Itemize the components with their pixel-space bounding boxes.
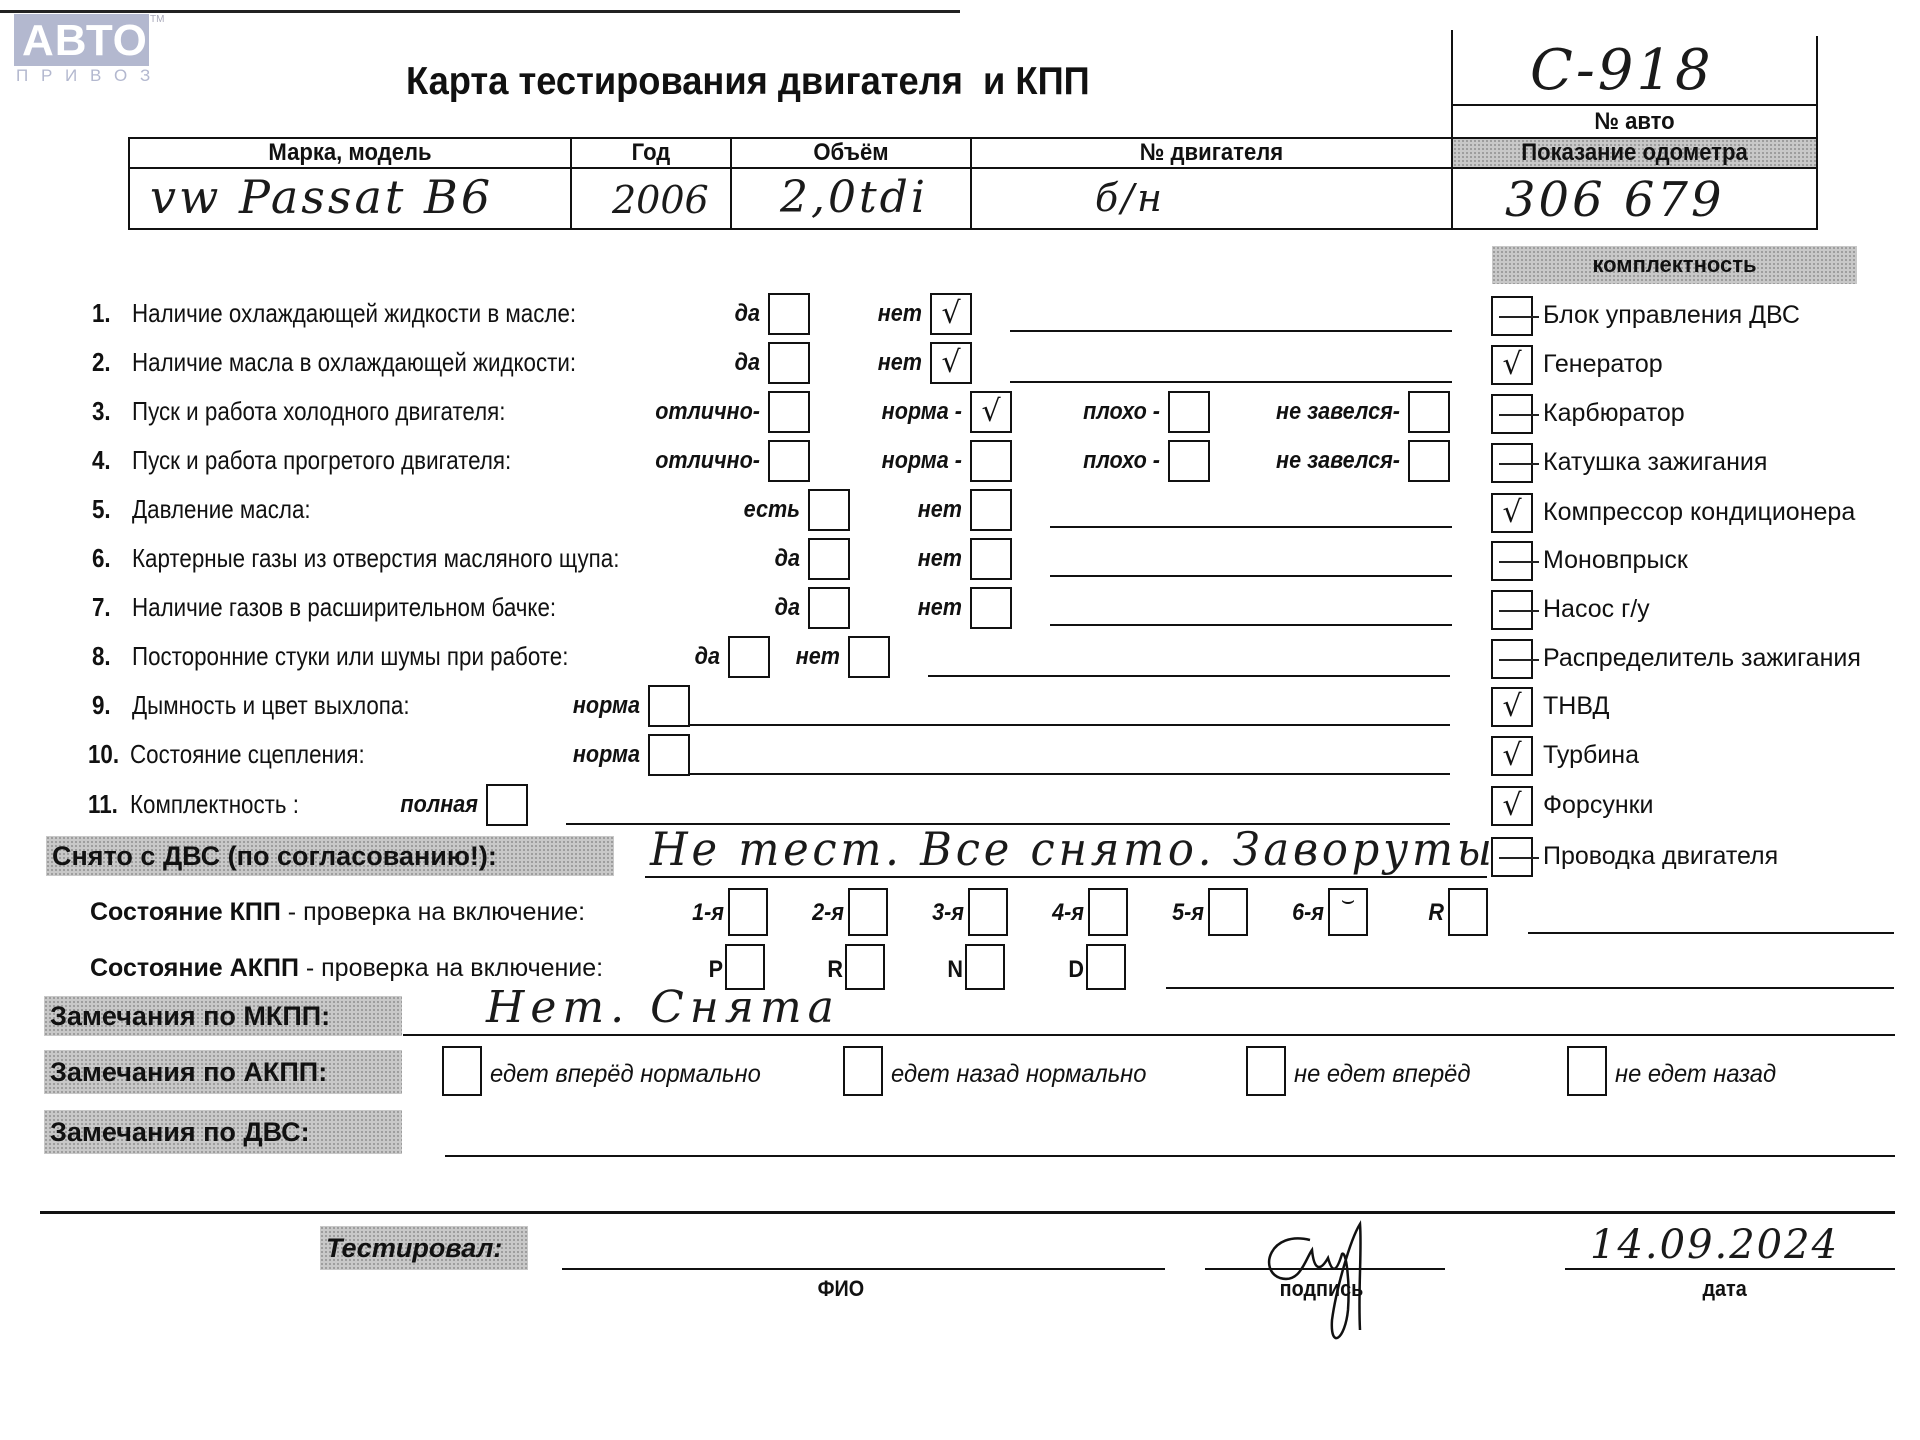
- notes-line: [1050, 575, 1452, 577]
- remark-checkbox[interactable]: [843, 1046, 883, 1096]
- completeness-item-label: Насос г/у: [1543, 595, 1650, 624]
- notes-line: [1050, 624, 1452, 626]
- odometer-value: 306 679: [1505, 172, 1725, 228]
- engine-number-value: б/н: [1095, 176, 1165, 220]
- check-number: 10.: [88, 739, 119, 770]
- date-value: 14.09.2024: [1590, 1222, 1839, 1268]
- dash-mark-icon: [1499, 316, 1539, 318]
- check-number: 8.: [92, 641, 111, 672]
- logo-tm: TM: [150, 14, 164, 25]
- option-label: нет: [742, 300, 922, 328]
- gear-label: D: [906, 956, 1084, 984]
- remarks-mkpp-line: [403, 1034, 1895, 1036]
- remarks-akpp-label: Замечания по АКПП:: [44, 1050, 402, 1094]
- notes-line: [688, 773, 1450, 775]
- checkmark-icon: √: [1493, 738, 1531, 774]
- check-number: 7.: [92, 592, 111, 623]
- page-title: Карта тестирования двигателя и КПП: [406, 60, 1090, 104]
- remark-option-label: едет вперёд нормально: [490, 1060, 761, 1089]
- col-header-year: Год: [578, 139, 723, 167]
- option-checkbox[interactable]: [970, 538, 1012, 580]
- remarks-dvs-line: [445, 1155, 1895, 1157]
- notes-line: [688, 724, 1450, 726]
- completeness-checkbox[interactable]: [1491, 639, 1533, 679]
- completeness-item-label: Катушка зажигания: [1543, 448, 1767, 477]
- remark-option-label: не едет вперёд: [1294, 1060, 1470, 1089]
- col-header-volume: Объём: [742, 139, 961, 167]
- odometer-label: Показание одометра: [1468, 139, 1802, 167]
- remark-option-label: едет назад нормально: [891, 1060, 1146, 1089]
- option-label: да: [580, 349, 760, 377]
- check-label: Пуск и работа холодного двигателя:: [132, 396, 505, 427]
- completeness-checkbox[interactable]: [1491, 443, 1533, 483]
- notes-line: [1010, 330, 1452, 332]
- checkmark-icon: √: [1493, 689, 1531, 725]
- fio-line: [562, 1268, 1165, 1270]
- check-number: 3.: [92, 396, 111, 427]
- akpp-label: Состояние АКПП - проверка на включение:: [90, 954, 603, 983]
- year-value: 2006: [612, 178, 709, 222]
- option-label: норма -: [782, 447, 962, 475]
- completeness-checkbox[interactable]: √: [1491, 493, 1533, 533]
- col-header-make: Марка, модель: [148, 139, 553, 167]
- kpp-label-bold: Состояние КПП: [90, 898, 281, 926]
- check-number: 6.: [92, 543, 111, 574]
- option-label: нет: [782, 496, 962, 524]
- logo-brand: АВТО: [22, 16, 148, 66]
- option-checkbox[interactable]: √: [930, 293, 972, 335]
- option-label: да: [620, 545, 800, 573]
- checkmark-icon: √: [932, 295, 970, 333]
- border: [128, 167, 1818, 169]
- check-label: Давление масла:: [132, 494, 311, 525]
- option-label: полная: [298, 791, 478, 819]
- option-checkbox[interactable]: [1168, 391, 1210, 433]
- remark-checkbox[interactable]: [1246, 1046, 1286, 1096]
- checkmark-icon: √: [932, 344, 970, 382]
- option-checkbox[interactable]: [848, 636, 890, 678]
- logo-subtitle: П Р И В О З: [16, 66, 154, 86]
- completeness-item-label: Блок управления ДВС: [1543, 301, 1800, 330]
- option-label: не завелся-: [1220, 398, 1400, 426]
- completeness-item-label: Компрессор кондиционера: [1543, 498, 1855, 527]
- date-line: [1565, 1268, 1895, 1270]
- option-checkbox[interactable]: [648, 685, 690, 727]
- dash-mark-icon: [1499, 463, 1539, 465]
- removed-line: [645, 876, 1487, 878]
- volume-value: 2,0tdi: [780, 172, 928, 223]
- option-checkbox[interactable]: √: [930, 342, 972, 384]
- kpp-line: [1528, 932, 1894, 934]
- check-number: 9.: [92, 690, 111, 721]
- completeness-checkbox[interactable]: √: [1491, 345, 1533, 385]
- option-label: нет: [782, 594, 962, 622]
- dash-mark-icon: [1499, 414, 1539, 416]
- gear-checkbox[interactable]: [1086, 944, 1126, 990]
- completeness-checkbox[interactable]: [1491, 541, 1533, 581]
- dash-mark-icon: [1499, 610, 1539, 612]
- completeness-item-label: Форсунки: [1543, 791, 1654, 820]
- option-checkbox[interactable]: [1408, 440, 1450, 482]
- option-label: да: [580, 300, 760, 328]
- option-label: плохо -: [980, 447, 1160, 475]
- completeness-checkbox[interactable]: [1491, 296, 1533, 336]
- checkmark-icon: √: [1493, 788, 1531, 824]
- completeness-item-label: Проводка двигателя: [1543, 842, 1778, 871]
- completeness-header: комплектность: [1492, 246, 1857, 284]
- option-label: отлично-: [580, 398, 760, 426]
- option-checkbox[interactable]: [648, 734, 690, 776]
- date-label: дата: [1702, 1276, 1746, 1302]
- option-checkbox[interactable]: [1168, 440, 1210, 482]
- dash-mark-icon: [1499, 659, 1539, 661]
- make-model-value: vw Passat B6: [150, 170, 493, 224]
- completeness-checkbox[interactable]: [1491, 837, 1533, 877]
- border: [730, 137, 732, 230]
- completeness-item-label: Карбюратор: [1543, 399, 1685, 428]
- check-number: 11.: [88, 789, 118, 820]
- notes-line: [1010, 381, 1452, 383]
- remark-option-label: не едет назад: [1615, 1060, 1776, 1089]
- check-number: 5.: [92, 494, 111, 525]
- check-number: 4.: [92, 445, 111, 476]
- option-label: не завелся-: [1220, 447, 1400, 475]
- option-checkbox[interactable]: [486, 784, 528, 826]
- remark-checkbox[interactable]: [1567, 1046, 1607, 1096]
- removed-value: Не тест. Все снято. Заворуты: [650, 822, 1496, 876]
- option-label: норма -: [782, 398, 962, 426]
- option-checkbox[interactable]: [970, 587, 1012, 629]
- option-checkbox[interactable]: [970, 489, 1012, 531]
- completeness-checkbox[interactable]: √: [1491, 687, 1533, 727]
- option-label: есть: [620, 496, 800, 524]
- check-number: 1.: [92, 298, 111, 329]
- divider: [40, 1211, 1895, 1214]
- check-label: Дымность и цвет выхлопа:: [132, 690, 410, 721]
- fio-label: ФИО: [818, 1276, 865, 1302]
- completeness-checkbox[interactable]: [1491, 590, 1533, 630]
- check-label: Наличие масла в охлаждающей жидкости:: [132, 347, 576, 378]
- check-label: Комплектность :: [130, 789, 299, 820]
- option-label: да: [620, 594, 800, 622]
- completeness-checkbox[interactable]: [1491, 394, 1533, 434]
- completeness-item-label: ТНВД: [1543, 692, 1609, 721]
- border: [570, 137, 572, 230]
- option-label: плохо -: [980, 398, 1160, 426]
- check-label: Картерные газы из отверстия масляного щу…: [132, 543, 619, 574]
- scan-edge-line: [0, 10, 960, 13]
- remarks-mkpp-value: Нет. Снята: [486, 982, 840, 1033]
- border: [970, 137, 972, 230]
- checkmark-icon: √: [1493, 495, 1531, 531]
- checkmark-icon: √: [1493, 347, 1531, 383]
- completeness-title: комплектность: [1492, 246, 1857, 284]
- car-number-value: C-918: [1530, 38, 1714, 103]
- option-label: норма: [460, 692, 640, 720]
- logo: АВТО: [14, 14, 149, 66]
- car-number-label: № авто: [1466, 108, 1804, 136]
- gear-checkbox[interactable]: [1448, 888, 1488, 936]
- check-label: Пуск и работа прогретого двигателя:: [132, 445, 511, 476]
- border: [1451, 104, 1818, 106]
- removed-label: Снято с ДВС (по согласованию!):: [46, 836, 614, 876]
- completeness-item-label: Турбина: [1543, 741, 1639, 770]
- check-label: Наличие охлаждающей жидкости в масле:: [132, 298, 576, 329]
- completeness-item-label: Генератор: [1543, 350, 1663, 379]
- completeness-item-label: Распределитель зажигания: [1543, 644, 1861, 673]
- check-label: Посторонние стуки или шумы при работе:: [132, 641, 568, 672]
- option-label: нет: [742, 349, 922, 377]
- check-label: Состояние сцепления:: [130, 739, 365, 770]
- akpp-label-bold: Состояние АКПП: [90, 954, 299, 982]
- kpp-label-rest: - проверка на включение:: [281, 898, 585, 926]
- remarks-dvs-label: Замечания по ДВС:: [44, 1110, 402, 1154]
- remarks-mkpp-label: Замечания по МКПП:: [44, 996, 402, 1036]
- notes-line: [1050, 526, 1452, 528]
- kpp-label: Состояние КПП - проверка на включение:: [90, 898, 585, 927]
- check-label: Наличие газов в расширительном бачке:: [132, 592, 556, 623]
- notes-line: [928, 675, 1450, 677]
- option-label: норма: [460, 741, 640, 769]
- completeness-checkbox[interactable]: √: [1491, 736, 1533, 776]
- check-number: 2.: [92, 347, 111, 378]
- option-label: отлично-: [580, 447, 760, 475]
- option-label: нет: [660, 643, 840, 671]
- option-label: нет: [782, 545, 962, 573]
- tested-by-label: Тестировал:: [320, 1226, 528, 1270]
- col-header-engine-no: № двигателя: [991, 139, 1432, 167]
- dash-mark-icon: [1499, 561, 1539, 563]
- remarks-dvs-field[interactable]: [445, 1112, 1895, 1152]
- gear-label: R: [1268, 899, 1444, 927]
- option-checkbox[interactable]: [1408, 391, 1450, 433]
- dash-mark-icon: [1499, 857, 1539, 859]
- signature-label: подпись: [1280, 1276, 1364, 1302]
- remark-checkbox[interactable]: [442, 1046, 482, 1096]
- completeness-item-label: Моновпрыск: [1543, 546, 1688, 575]
- fio-field[interactable]: [562, 1232, 1165, 1266]
- completeness-checkbox[interactable]: √: [1491, 786, 1533, 826]
- akpp-line: [1166, 987, 1894, 989]
